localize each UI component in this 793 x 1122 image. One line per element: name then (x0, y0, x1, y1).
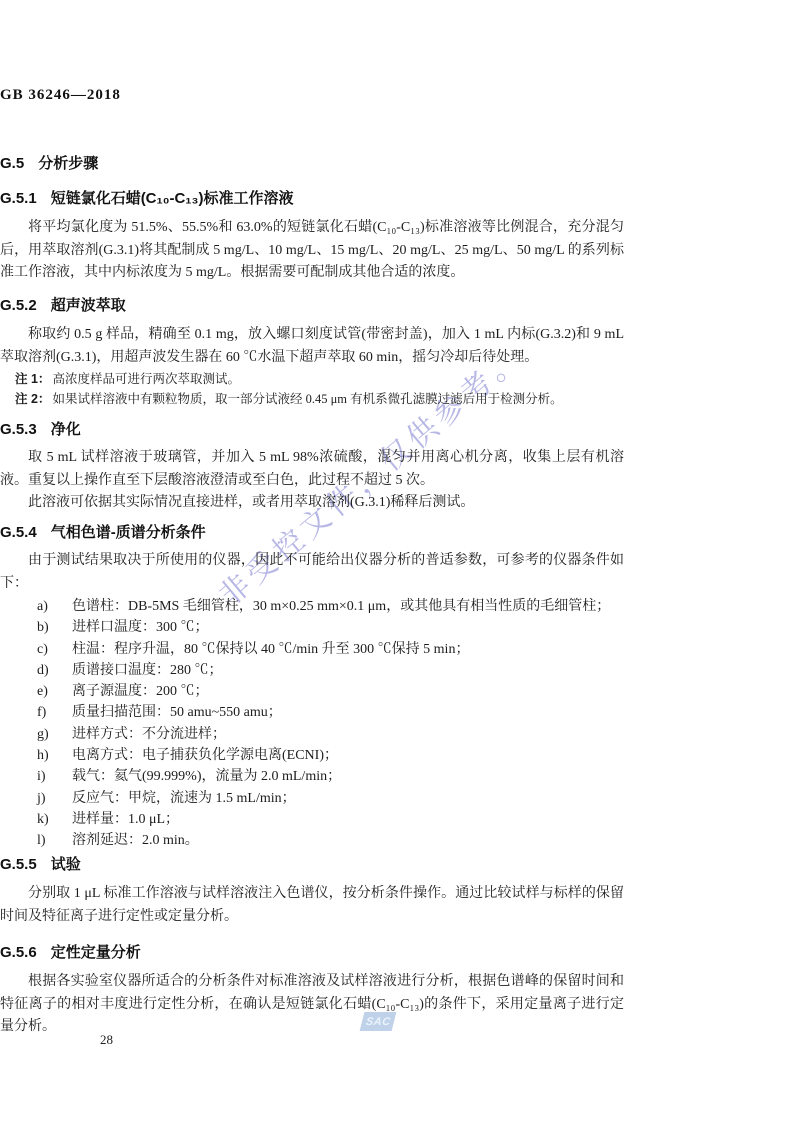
list-text: 进样方式：不分流进样； (72, 727, 226, 742)
list-marker: c) (37, 639, 48, 660)
list-item-k: k)进样量：1.0 μL； (0, 809, 624, 830)
list-marker: e) (37, 681, 48, 702)
note-2: 注 2：如果试样溶液中有颗粒物质，取一部分试液经 0.45 μm 有机系微孔滤膜… (0, 389, 624, 409)
list-text: 溶剂延迟：2.0 min。 (72, 833, 199, 848)
list-item-c: c)柱温：程序升温，80 ℃保持以 40 ℃/min 升至 300 ℃保持 5 … (0, 639, 624, 660)
list-marker: k) (37, 809, 49, 830)
list-text: 色谱柱：DB-5MS 毛细管柱，30 m×0.25 mm×0.1 μm，或其他具… (72, 599, 610, 614)
paragraph-g53-2: 此溶液可依据其实际情况直接进样，或者用萃取溶剂(G.3.1)稀释后测试。 (0, 492, 624, 515)
list-text: 载气：氦气(99.999%)，流量为 2.0 mL/min； (72, 769, 341, 784)
section-title: 气相色谱-质谱分析条件 (51, 524, 206, 541)
paragraph-g56: 根据各实验室仪器所适合的分析条件对标准溶液及试样溶液进行分析，根据色谱峰的保留时… (0, 971, 624, 1039)
paragraph-g54-intro: 由于测试结果取决于所使用的仪器，因此不可能给出仪器分析的普适参数，可参考的仪器条… (0, 550, 624, 595)
list-item-d: d)质谱接口温度：280 ℃； (0, 660, 624, 681)
list-text: 质谱接口温度：280 ℃； (72, 663, 223, 678)
list-marker: d) (37, 660, 49, 681)
list-item-a: a)色谱柱：DB-5MS 毛细管柱，30 m×0.25 mm×0.1 μm，或其… (0, 596, 624, 617)
list-text: 质量扫描范围：50 amu~550 amu； (72, 705, 282, 720)
list-item-e: e)离子源温度：200 ℃； (0, 681, 624, 702)
section-number: G.5.2 (0, 297, 37, 314)
section-number: G.5.5 (0, 856, 37, 873)
note-2-text: 如果试样溶液中有颗粒物质，取一部分试液经 0.45 μm 有机系微孔滤膜过滤后用… (52, 392, 562, 406)
page-number: 28 (100, 1032, 113, 1048)
section-heading-g55: G.5.5试验 (0, 853, 624, 874)
sac-logo-text: SAC (365, 1016, 391, 1028)
list-marker: g) (37, 724, 49, 745)
list-text: 进样量：1.0 μL； (72, 812, 179, 827)
section-number: G.5.4 (0, 524, 37, 541)
section-heading-g54: G.5.4气相色谱-质谱分析条件 (0, 521, 624, 542)
paragraph-g55: 分别取 1 μL 标准工作溶液与试样溶液注入色谱仪，按分析条件操作。通过比较试样… (0, 883, 624, 928)
list-text: 电离方式：电子捕获负化学源电离(ECNI)； (72, 748, 338, 763)
list-marker: b) (37, 617, 49, 638)
list-marker: l) (37, 830, 46, 851)
section-number: G.5 (0, 155, 24, 172)
section-number: G.5.3 (0, 421, 37, 438)
section-heading-g53: G.5.3净化 (0, 418, 624, 439)
section-title: 短链氯化石蜡(C₁₀-C₁₃)标准工作溶液 (51, 190, 294, 207)
instrument-conditions-list: a)色谱柱：DB-5MS 毛细管柱，30 m×0.25 mm×0.1 μm，或其… (0, 596, 624, 852)
standard-number-header: GB 36246—2018 (0, 87, 121, 103)
list-item-j: j)反应气：甲烷，流速为 1.5 mL/min； (0, 788, 624, 809)
section-title: 定性定量分析 (51, 944, 141, 961)
section-number: G.5.6 (0, 944, 37, 961)
note-1-label: 注 1： (15, 372, 50, 386)
list-item-g: g)进样方式：不分流进样； (0, 724, 624, 745)
section-heading-g56: G.5.6定性定量分析 (0, 941, 624, 962)
section-heading-g5: G.5分析步骤 (0, 152, 624, 173)
list-text: 反应气：甲烷，流速为 1.5 mL/min； (72, 791, 296, 806)
list-item-l: l)溶剂延迟：2.0 min。 (0, 830, 624, 851)
note-2-label: 注 2： (15, 392, 50, 406)
section-heading-g52: G.5.2超声波萃取 (0, 294, 624, 315)
list-item-f: f)质量扫描范围：50 amu~550 amu； (0, 702, 624, 723)
list-item-b: b)进样口温度：300 ℃； (0, 617, 624, 638)
list-marker: j) (37, 788, 46, 809)
section-heading-g51: G.5.1短链氯化石蜡(C₁₀-C₁₃)标准工作溶液 (0, 187, 624, 208)
list-marker: i) (37, 766, 46, 787)
section-number: G.5.1 (0, 190, 37, 207)
list-text: 进样口温度：300 ℃； (72, 620, 209, 635)
list-item-i: i)载气：氦气(99.999%)，流量为 2.0 mL/min； (0, 766, 624, 787)
sac-logo-watermark: SAC (360, 1012, 397, 1031)
list-marker: a) (37, 596, 48, 617)
section-title: 超声波萃取 (51, 297, 126, 314)
section-title: 试验 (51, 856, 81, 873)
list-text: 柱温：程序升温，80 ℃保持以 40 ℃/min 升至 300 ℃保持 5 mi… (72, 642, 469, 657)
document-page: 非受控文件，仅供参考。 GB 36246—2018 G.5分析步骤 G.5.1短… (0, 0, 793, 1122)
list-marker: f) (37, 702, 46, 723)
list-item-h: h)电离方式：电子捕获负化学源电离(ECNI)； (0, 745, 624, 766)
paragraph-g53-1: 取 5 mL 试样溶液于玻璃管，并加入 5 mL 98%浓硫酸，混匀并用离心机分… (0, 447, 624, 492)
list-text: 离子源温度：200 ℃； (72, 684, 209, 699)
section-title: 分析步骤 (38, 155, 98, 172)
note-1-text: 高浓度样品可进行两次萃取测试。 (52, 372, 240, 386)
paragraph-g52: 称取约 0.5 g 样品，精确至 0.1 mg，放入螺口刻度试管(带密封盖)，加… (0, 324, 624, 369)
paragraph-g51: 将平均氯化度为 51.5%、55.5%和 63.0%的短链氯化石蜡(C₁₀-C₁… (0, 217, 624, 285)
section-title: 净化 (51, 421, 81, 438)
note-1: 注 1：高浓度样品可进行两次萃取测试。 (0, 369, 624, 389)
list-marker: h) (37, 745, 49, 766)
